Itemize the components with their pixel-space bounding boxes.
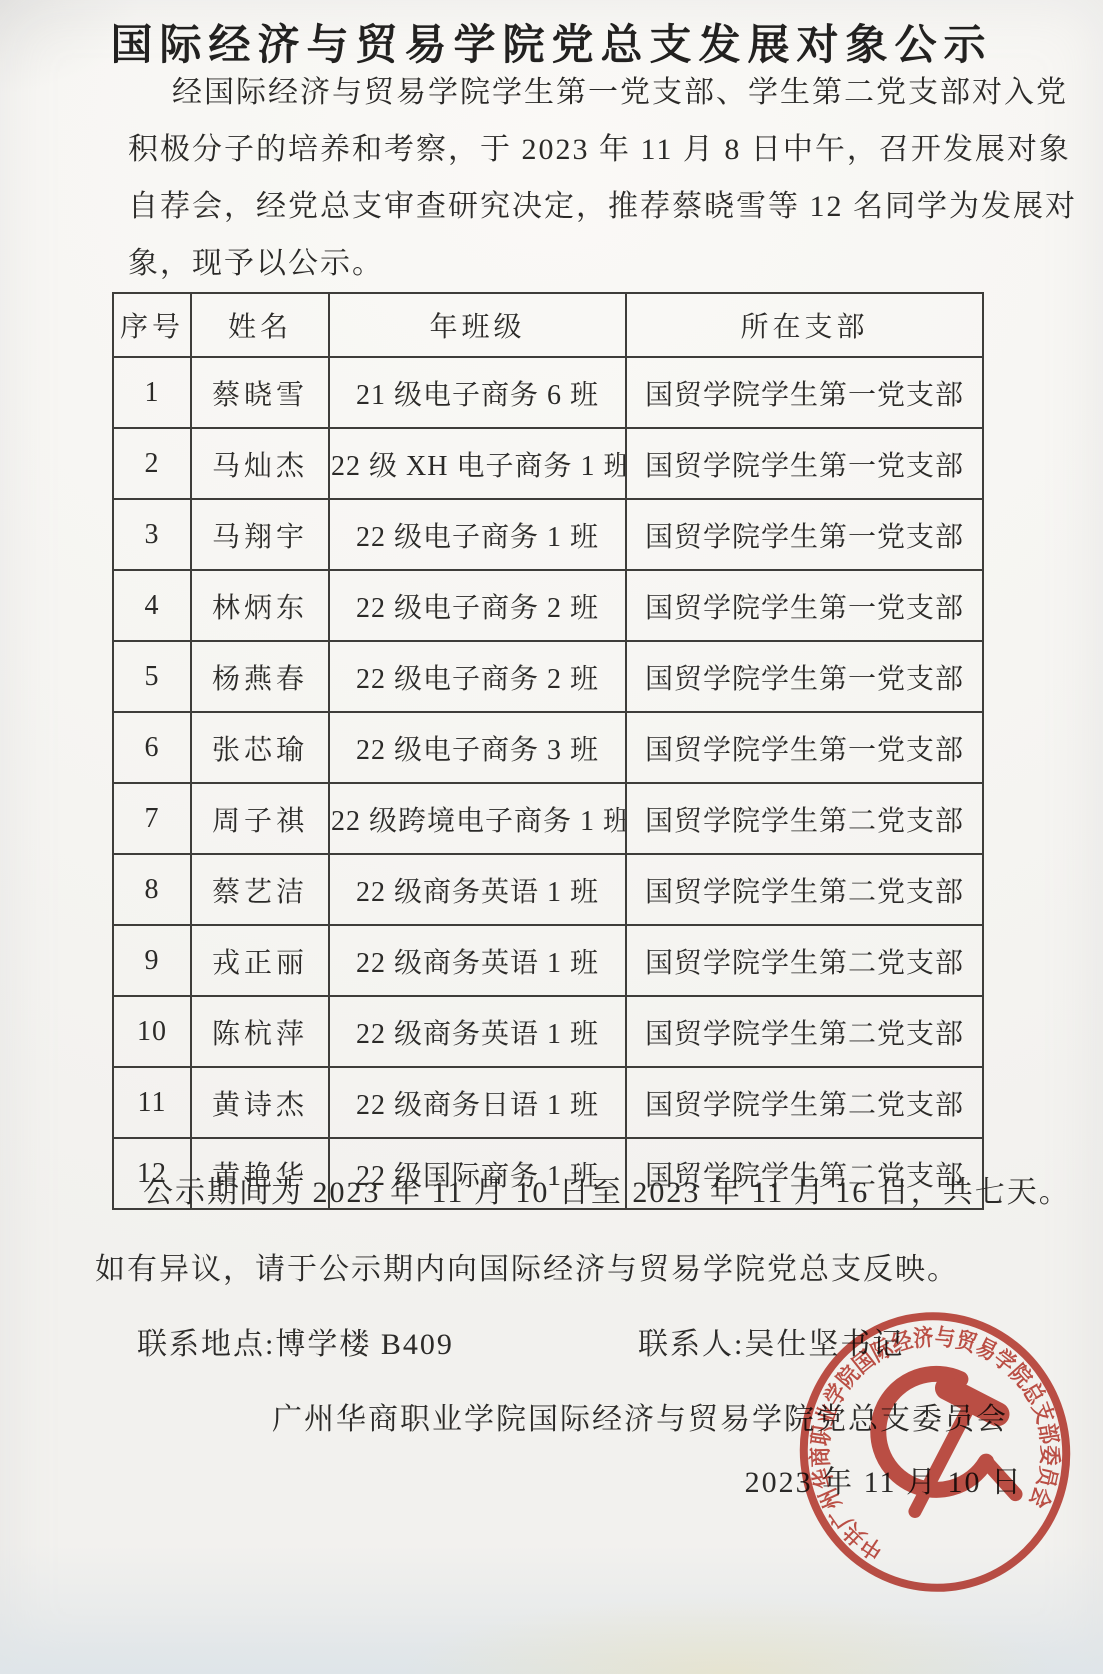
cell-branch: 国贸学院学生第一党支部 — [626, 712, 983, 783]
table-row: 7周子祺22 级跨境电子商务 1 班国贸学院学生第二党支部 — [113, 783, 983, 854]
cell-class: 22 级电子商务 1 班 — [329, 499, 626, 570]
cell-branch: 国贸学院学生第二党支部 — [626, 1067, 983, 1138]
notice-title: 国际经济与贸易学院党总支发展对象公示 — [0, 12, 1103, 72]
cell-name: 马翔宇 — [191, 499, 329, 570]
cell-name: 张芯瑜 — [191, 712, 329, 783]
cell-no: 10 — [113, 996, 191, 1067]
publicity-period-text: 公示期间为 2023 年 11 月 10 日至 2023 年 11 月 16 日… — [143, 1172, 1071, 1214]
cell-no: 2 — [113, 428, 191, 499]
table-row: 6张芯瑜22 级电子商务 3 班国贸学院学生第一党支部 — [113, 712, 983, 783]
cell-no: 8 — [113, 854, 191, 925]
table-row: 10陈杭萍22 级商务英语 1 班国贸学院学生第二党支部 — [113, 996, 983, 1067]
table-row: 2马灿杰22 级 XH 电子商务 1 班国贸学院学生第一党支部 — [113, 428, 983, 499]
cell-class: 22 级电子商务 3 班 — [329, 712, 626, 783]
table-row: 3马翔宇22 级电子商务 1 班国贸学院学生第一党支部 — [113, 499, 983, 570]
table-body: 1蔡晓雪21 级电子商务 6 班国贸学院学生第一党支部2马灿杰22 级 XH 电… — [113, 357, 983, 1209]
cell-class: 22 级 XH 电子商务 1 班 — [329, 428, 626, 499]
cell-no: 6 — [113, 712, 191, 783]
table-header-row: 序号 姓名 年班级 所在支部 — [113, 293, 983, 357]
cell-branch: 国贸学院学生第一党支部 — [626, 357, 983, 428]
col-header-branch: 所在支部 — [626, 293, 983, 357]
cell-class: 22 级商务日语 1 班 — [329, 1067, 626, 1138]
scan-bottom-shading — [0, 1544, 1103, 1674]
objection-notice-text: 如有异议，请于公示期内向国际经济与贸易学院党总支反映。 — [95, 1249, 959, 1291]
cell-no: 3 — [113, 499, 191, 570]
contact-location-text: 联系地点:博学楼 B409 — [137, 1324, 454, 1366]
cell-branch: 国贸学院学生第一党支部 — [626, 570, 983, 641]
cell-class: 22 级商务英语 1 班 — [329, 996, 626, 1067]
table-row: 1蔡晓雪21 级电子商务 6 班国贸学院学生第一党支部 — [113, 357, 983, 428]
cell-name: 陈杭萍 — [191, 996, 329, 1067]
intro-line-2: 积极分子的培养和考察，于 2023 年 11 月 8 日中午，召开发展对象 — [128, 121, 973, 178]
cell-branch: 国贸学院学生第一党支部 — [626, 499, 983, 570]
table-row: 9戎正丽22 级商务英语 1 班国贸学院学生第二党支部 — [113, 925, 983, 996]
cell-class: 22 级电子商务 2 班 — [329, 641, 626, 712]
cell-name: 周子祺 — [191, 783, 329, 854]
intro-paragraph: 经国际经济与贸易学院学生第一党支部、学生第二党支部对入党 积极分子的培养和考察，… — [128, 64, 973, 292]
cell-no: 4 — [113, 570, 191, 641]
cell-no: 5 — [113, 641, 191, 712]
cell-class: 22 级商务英语 1 班 — [329, 854, 626, 925]
cell-name: 戎正丽 — [191, 925, 329, 996]
scanned-notice-page: 国际经济与贸易学院党总支发展对象公示 经国际经济与贸易学院学生第一党支部、学生第… — [0, 0, 1103, 1674]
cell-no: 7 — [113, 783, 191, 854]
cell-no: 9 — [113, 925, 191, 996]
cell-class: 21 级电子商务 6 班 — [329, 357, 626, 428]
cell-class: 22 级跨境电子商务 1 班 — [329, 783, 626, 854]
table-row: 11黄诗杰22 级商务日语 1 班国贸学院学生第二党支部 — [113, 1067, 983, 1138]
intro-line-1: 经国际经济与贸易学院学生第一党支部、学生第二党支部对入党 — [128, 64, 973, 121]
cell-branch: 国贸学院学生第二党支部 — [626, 854, 983, 925]
committee-signature-text: 广州华商职业学院国际经济与贸易学院党总支委员会 — [272, 1399, 1008, 1441]
cell-branch: 国贸学院学生第二党支部 — [626, 996, 983, 1067]
cell-name: 马灿杰 — [191, 428, 329, 499]
cell-no: 11 — [113, 1067, 191, 1138]
col-header-name: 姓名 — [191, 293, 329, 357]
intro-line-4: 象，现予以公示。 — [128, 235, 973, 292]
cell-name: 蔡艺洁 — [191, 854, 329, 925]
cell-no: 1 — [113, 357, 191, 428]
cell-branch: 国贸学院学生第一党支部 — [626, 641, 983, 712]
col-header-class: 年班级 — [329, 293, 626, 357]
cell-branch: 国贸学院学生第二党支部 — [626, 783, 983, 854]
cell-class: 22 级商务英语 1 班 — [329, 925, 626, 996]
candidates-table: 序号 姓名 年班级 所在支部 1蔡晓雪21 级电子商务 6 班国贸学院学生第一党… — [112, 292, 984, 1210]
intro-line-3: 自荐会，经党总支审查研究决定，推荐蔡晓雪等 12 名同学为发展对 — [128, 178, 973, 235]
table-row: 5杨燕春22 级电子商务 2 班国贸学院学生第一党支部 — [113, 641, 983, 712]
table-row: 4林炳东22 级电子商务 2 班国贸学院学生第一党支部 — [113, 570, 983, 641]
cell-class: 22 级电子商务 2 班 — [329, 570, 626, 641]
issue-date-text: 2023 年 11 月 10 日 — [745, 1462, 1023, 1504]
contact-person-text: 联系人:吴仕坚书记 — [638, 1324, 904, 1366]
cell-name: 杨燕春 — [191, 641, 329, 712]
cell-name: 蔡晓雪 — [191, 357, 329, 428]
cell-branch: 国贸学院学生第一党支部 — [626, 428, 983, 499]
table-row: 8蔡艺洁22 级商务英语 1 班国贸学院学生第二党支部 — [113, 854, 983, 925]
cell-branch: 国贸学院学生第二党支部 — [626, 925, 983, 996]
cell-name: 黄诗杰 — [191, 1067, 329, 1138]
cell-name: 林炳东 — [191, 570, 329, 641]
col-header-no: 序号 — [113, 293, 191, 357]
